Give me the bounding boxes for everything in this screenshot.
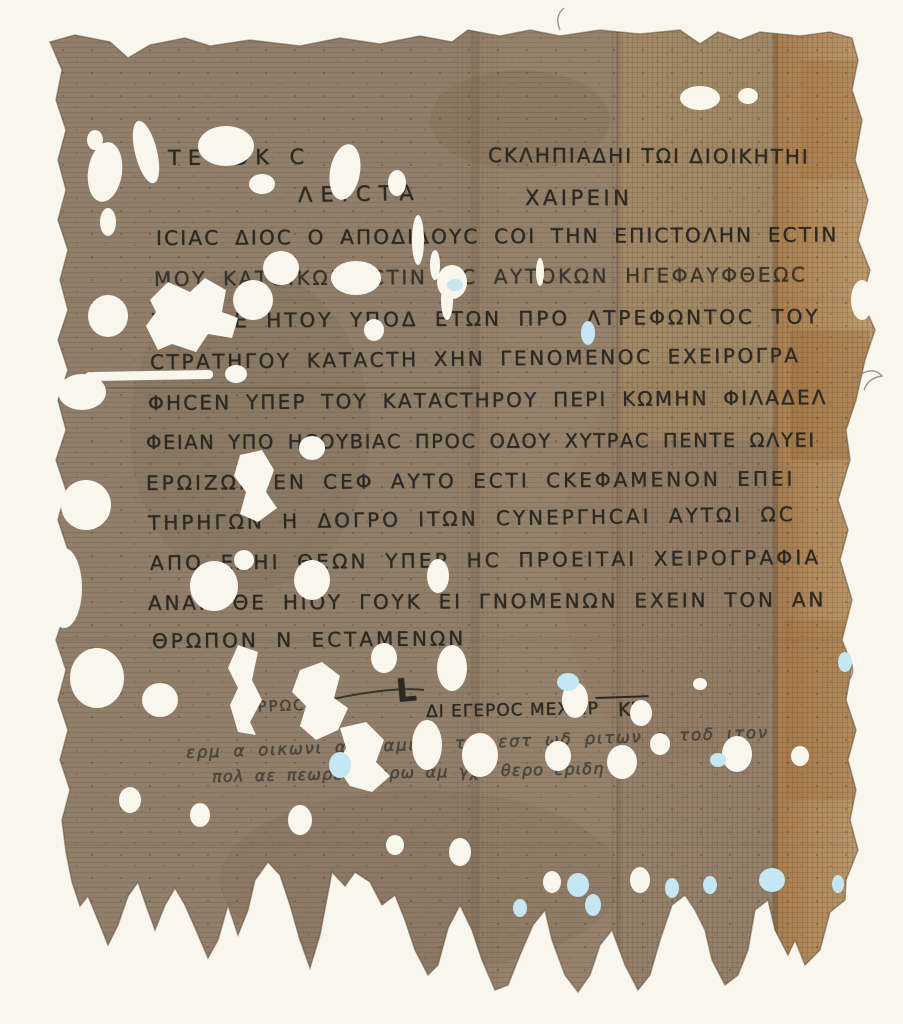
- body-line-5: ΤΟΥ ΔΕ ΗΤΟΥ ΥΠΟΔ ΕΤΩΝ ΠΡΟ ΛΤΡΕΦΩΝΤΟC ΤΟΥ: [152, 304, 821, 333]
- greek-text-layer: ΤΕΦΟΚ C CΚΛΗΠΙΑΔΗΙ ΤΩΙ ΔΙΟΙΚΗΤΗΙ ΛΕΙCΤΑ …: [0, 0, 903, 1024]
- docket-line-2-cursive: πολ αε πεωρειτ αιρω αμ γχυ θερο εριδη ον: [212, 758, 636, 786]
- body-line-8: ΦΕΙΑΝ ΥΠΟ ΗCΟΥΒΙΑC ΠΡΟC ΟΔΟΥ ΧΥΤΡΑC ΠΕΝΤ…: [146, 429, 816, 454]
- docket-line-1-cursive: ερμ α οικωνι αγρ αμε τ τηι εστ ωδ ριτων …: [186, 723, 769, 762]
- body-line-10: ΤΗΡΗΓΩΝ Η ΔΟΓΡΟ ΙΤΩΝ CΥΝΕΡΓΗCΑΙ ΑΥΤΩΙ ΩC: [148, 502, 796, 535]
- sender-name-line: ΤΕΦΟΚ C: [168, 145, 311, 170]
- body-line-9: ΕΡΩΙΖΩΝ ΕΝ CΕΦ ΑΥΤΟ ΕCΤΙ CΚΕΦΑΜΕΝΟΝ ΕΠΕΙ: [146, 466, 796, 495]
- body-line-11: ΑΠΟ ΕΛΗΙ ΘΕΩΝ ΥΠΕΡ ΗC ΠΡΟΕΙΤΑΙ ΧΕΙΡΟΓΡΑΦ…: [150, 545, 821, 575]
- farewell-word: ΕΡΡΩCΟ: [246, 695, 320, 716]
- regnal-year-symbol: L: [394, 670, 418, 710]
- greeting-chairein: ΧΑΙΡΕΙΝ: [525, 186, 632, 210]
- body-line-12: ΑΝΑΝ ΘΕ ΗΙΟΥ ΓΟΥΚ ΕΙ ΓΝΟΜΕΝΩΝ ΕΧΕΙΝ ΤΟΝ …: [148, 587, 826, 615]
- day-numeral-overlined: ΚΒ: [596, 695, 649, 722]
- body-line-4: ΜΟΥ ΚΑΤΟΙΚΩΙ ΕCΤΙΝ ΩC ΑΥΤΟΚΩΝ ΗΓΕΦΑΥΦΘΕΩ…: [154, 262, 808, 291]
- body-line-13: ΘΡΩΠΟΝ Ν ΕCΤΑΜΕΝΩΝ: [152, 626, 466, 653]
- papyrus-photograph: ΤΕΦΟΚ C CΚΛΗΠΙΑΔΗΙ ΤΩΙ ΔΙΟΙΚΗΤΗΙ ΛΕΙCΤΑ …: [0, 0, 903, 1024]
- date-text: ΔΙ ΕΓΕΡΟC ΜΕΧΕΙΡ: [426, 699, 599, 722]
- address-line: CΚΛΗΠΙΑΔΗΙ ΤΩΙ ΔΙΟΙΚΗΤΗΙ: [488, 143, 810, 169]
- body-line-3: ΙCΙΑC ΔΙΟC Ο ΑΠΟΔΙΔΟΥC CΟΙ ΤΗΝ ΕΠΙCΤΟΛΗΝ…: [156, 222, 839, 250]
- body-line-7: ΦΗCΕΝ ΥΠΕΡ ΤΟΥ ΚΑΤΑCΤΗΡΟΥ ΠΕΡΙ ΚΩΜΗΝ ΦΙΛ…: [148, 385, 828, 415]
- greeting-left: ΛΕΙCΤΑ: [298, 181, 422, 207]
- body-line-6: CΤΡΑΤΗΓΟΥ ΚΑΤΑCΤΗ ΧΗΝ ΓΕΝΟΜΕΝΟC ΕΧΕΙΡΟΓΡ…: [150, 343, 801, 374]
